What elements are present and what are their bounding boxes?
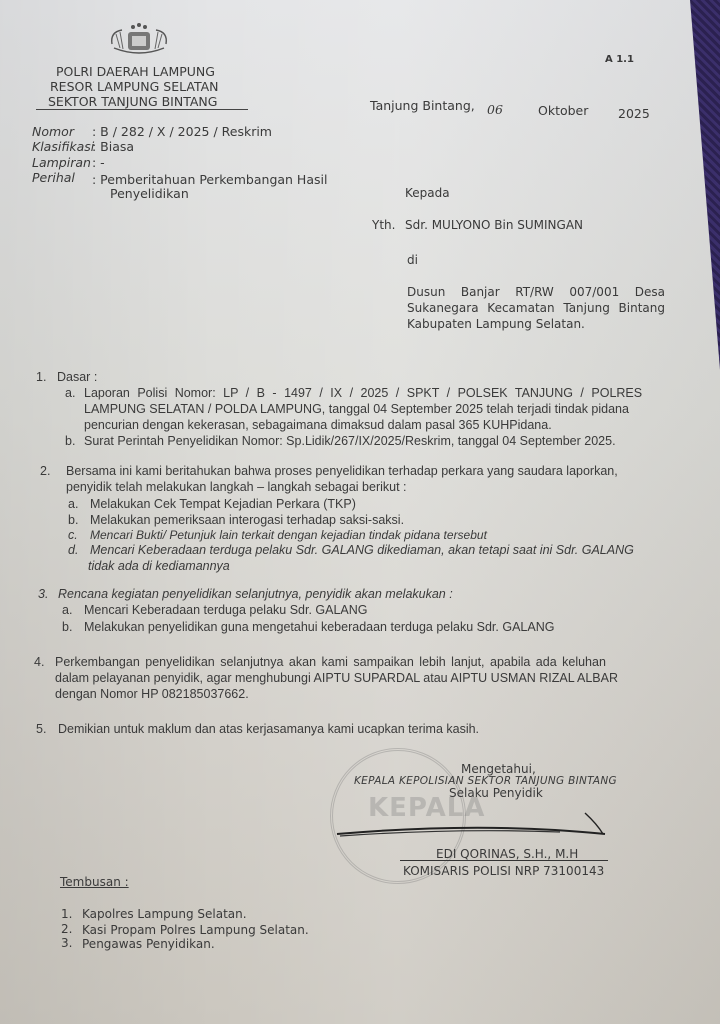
meta-label-lampiran: Lampiran	[32, 155, 91, 170]
recipient-address-1: Dusun Banjar RT/RW 007/001 Desa	[407, 285, 665, 299]
section-4-number: 4.	[34, 655, 44, 669]
signatory-name: EDI QORINAS, S.H., M.H	[436, 847, 578, 861]
tembusan-item-2: Kasi Propam Polres Lampung Selatan.	[82, 923, 309, 937]
meta-label-perihal: Perihal	[32, 170, 75, 185]
section-1a-line-2: LAMPUNG SELATAN / POLDA LAMPUNG, tanggal…	[84, 402, 629, 416]
section-1-number: 1.	[36, 370, 46, 384]
di-label: di	[407, 253, 418, 267]
tembusan-number-3: 3.	[61, 936, 72, 950]
police-emblem-icon	[106, 22, 172, 58]
form-code: A 1.1	[605, 54, 634, 65]
section-2a-text: Melakukan Cek Tempat Kejadian Perkara (T…	[90, 497, 356, 511]
meta-label-klasifikasi: Klasifikasi	[32, 139, 94, 154]
section-2c-letter: c.	[68, 528, 78, 542]
section-1a-line-3: pencurian dengan kekerasan, sebagaimana …	[84, 418, 552, 432]
header-line-1: POLRI DAERAH LAMPUNG	[56, 64, 215, 79]
tembusan-title: Tembusan :	[60, 875, 129, 889]
section-2-line-1: Bersama ini kami beritahukan bahwa prose…	[66, 464, 618, 478]
section-4-line-3: dengan Nomor HP 082185037662.	[55, 687, 249, 701]
signature-icon	[335, 810, 615, 850]
section-3a-text: Mencari Keberadaan terduga pelaku Sdr. G…	[84, 603, 368, 617]
tembusan-number-1: 1.	[61, 907, 72, 921]
section-2a-letter: a.	[68, 497, 78, 511]
section-3b-text: Melakukan penyelidikan guna mengetahui k…	[84, 620, 554, 634]
date-place: Tanjung Bintang,	[370, 98, 475, 113]
section-1b-line-1: Surat Perintah Penyelidikan Nomor: Sp.Li…	[84, 434, 616, 448]
section-3b-letter: b.	[62, 620, 72, 634]
mengetahui-label: Mengetahui,	[461, 762, 536, 776]
section-4-line-1: Perkembangan penyelidikan selanjutnya ak…	[55, 655, 606, 669]
section-5-number: 5.	[36, 722, 46, 736]
tembusan-number-2: 2.	[61, 922, 72, 936]
date-year: 2025	[618, 106, 650, 121]
section-3-number: 3.	[38, 587, 48, 601]
section-5-text: Demikian untuk maklum dan atas kerjasama…	[58, 722, 479, 736]
recipient-name: Sdr. MULYONO Bin SUMINGAN	[405, 218, 583, 232]
recipient-address-2: Sukanegara Kecamatan Tanjung Bintang	[407, 301, 665, 315]
meta-value-nomor: : B / 282 / X / 2025 / Reskrim	[92, 124, 272, 139]
section-1a-line-1: Laporan Polisi Nomor: LP / B - 1497 / IX…	[84, 386, 642, 400]
section-2d-line-1: Mencari Keberadaan terduga pelaku Sdr. G…	[90, 543, 634, 557]
section-2c-text: Mencari Bukti/ Petunjuk lain terkait den…	[90, 528, 487, 542]
tembusan-item-1: Kapolres Lampung Selatan.	[82, 907, 247, 921]
section-2b-text: Melakukan pemeriksaan interogasi terhada…	[90, 513, 404, 527]
header-line-3: SEKTOR TANJUNG BINTANG	[36, 94, 248, 110]
meta-label-nomor: Nomor	[32, 124, 74, 139]
date-day: 06	[487, 102, 503, 117]
meta-value-perihal-2: Penyelidikan	[110, 186, 189, 201]
signatory-role: Selaku Penyidik	[449, 786, 543, 800]
meta-value-klasifikasi: : Biasa	[92, 139, 134, 154]
kepada-label: Kepada	[405, 186, 450, 200]
section-2d-letter: d.	[68, 543, 78, 557]
yth-label: Yth.	[372, 218, 395, 232]
header-line-2: RESOR LAMPUNG SELATAN	[50, 79, 219, 94]
tembusan-item-3: Pengawas Penyidikan.	[82, 937, 215, 951]
section-4-line-2: dalam pelayanan penyidik, agar menghubun…	[55, 671, 618, 685]
section-2-number: 2.	[40, 464, 50, 478]
section-1b-letter: b.	[65, 434, 75, 448]
recipient-address-3: Kabupaten Lampung Selatan.	[407, 317, 585, 331]
signatory-rank: KOMISARIS POLISI NRP 73100143	[403, 864, 604, 878]
date-month: Oktober	[538, 103, 588, 118]
section-3-line-1: Rencana kegiatan penyelidikan selanjutny…	[58, 587, 453, 601]
section-2b-letter: b.	[68, 513, 78, 527]
meta-value-lampiran: : -	[92, 155, 105, 170]
section-2-line-2: penyidik telah melakukan langkah – langk…	[66, 480, 407, 494]
section-1-title: Dasar :	[57, 370, 97, 384]
section-2d-line-2: tidak ada di kediamannya	[88, 559, 230, 573]
section-3a-letter: a.	[62, 603, 72, 617]
meta-value-perihal: : Pemberitahuan Perkembangan Hasil	[92, 172, 327, 187]
section-1a-letter: a.	[65, 386, 75, 400]
